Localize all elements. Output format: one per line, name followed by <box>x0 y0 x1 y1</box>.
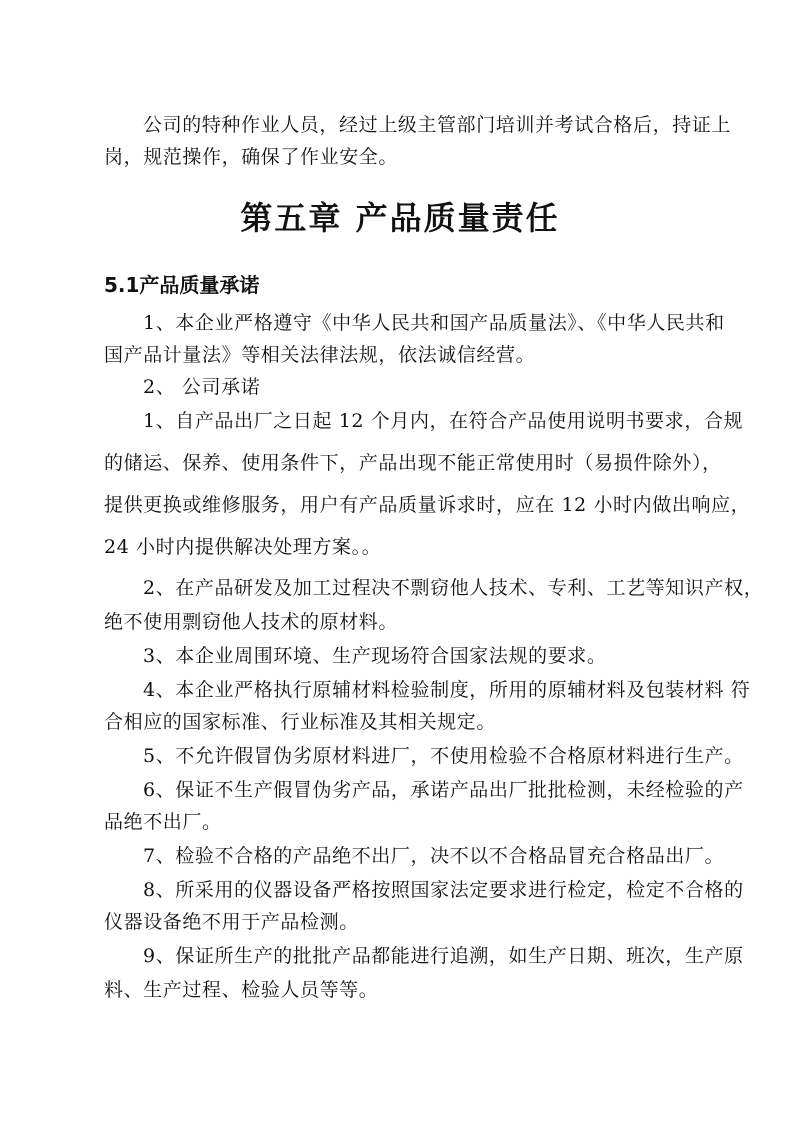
paragraph-line: 8、所采用的仪器设备严格按照国家法定要求进行检定，检定不合格的 <box>143 878 708 902</box>
paragraph-line: 仪器设备绝不用于产品检测。 <box>104 910 708 934</box>
paragraph-line: 6、保证不生产假冒伪劣产品，承诺产品出厂批批检测，未经检验的产 <box>143 778 708 802</box>
paragraph-line: 绝不使用剽窃他人技术的原材料。 <box>104 610 708 634</box>
paragraph-line: 2、 公司承诺 <box>143 375 708 399</box>
intro-paragraph-line-1: 公司的特种作业人员，经过上级主管部门培训并考试合格后，持证上 <box>143 113 708 137</box>
document-page: 公司的特种作业人员，经过上级主管部门培训并考试合格后，持证上 岗，规范操作，确保… <box>0 0 800 1132</box>
chapter-title: 第五章 产品质量责任 <box>0 198 800 238</box>
intro-paragraph-line-2: 岗，规范操作，确保了作业安全。 <box>104 145 708 169</box>
paragraph-line: 24 小时内提供解决处理方案。。 <box>104 535 708 559</box>
paragraph-line: 品绝不出厂。 <box>104 810 708 834</box>
paragraph-line: 1、自产品出厂之日起 12 个月内，在符合产品使用说明书要求，合规 <box>143 409 708 433</box>
paragraph-line: 国产品计量法》等相关法律法规，依法诚信经营。 <box>104 343 708 367</box>
paragraph-line: 9、保证所生产的批批产品都能进行追溯，如生产日期、班次，生产原 <box>143 944 708 968</box>
section-heading: 5.1产品质量承诺 <box>104 272 259 298</box>
paragraph-line: 提供更换或维修服务，用户有产品质量诉求时，应在 12 小时内做出响应， <box>104 493 708 517</box>
paragraph-line: 4、本企业严格执行原辅材料检验制度，所用的原辅材料及包装材料 符 <box>143 678 708 702</box>
paragraph-line: 5、不允许假冒伪劣原材料进厂，不使用检验不合格原材料进行生产。 <box>143 744 708 768</box>
paragraph-line: 的储运、保养、使用条件下，产品出现不能正常使用时（易损件除外）， <box>104 451 708 475</box>
paragraph-line: 1、本企业严格遵守《中华人民共和国产品质量法》、《中华人民共和 <box>143 311 708 335</box>
paragraph-line: 7、检验不合格的产品绝不出厂，决不以不合格品冒充合格品出厂。 <box>143 844 708 868</box>
paragraph-line: 3、本企业周围环境、生产现场符合国家法规的要求。 <box>143 644 708 668</box>
paragraph-line: 2、在产品研发及加工过程决不剽窃他人技术、专利、工艺等知识产权， <box>143 576 708 600</box>
paragraph-line: 料、生产过程、检验人员等等。 <box>104 978 708 1002</box>
paragraph-line: 合相应的国家标准、行业标准及其相关规定。 <box>104 710 708 734</box>
